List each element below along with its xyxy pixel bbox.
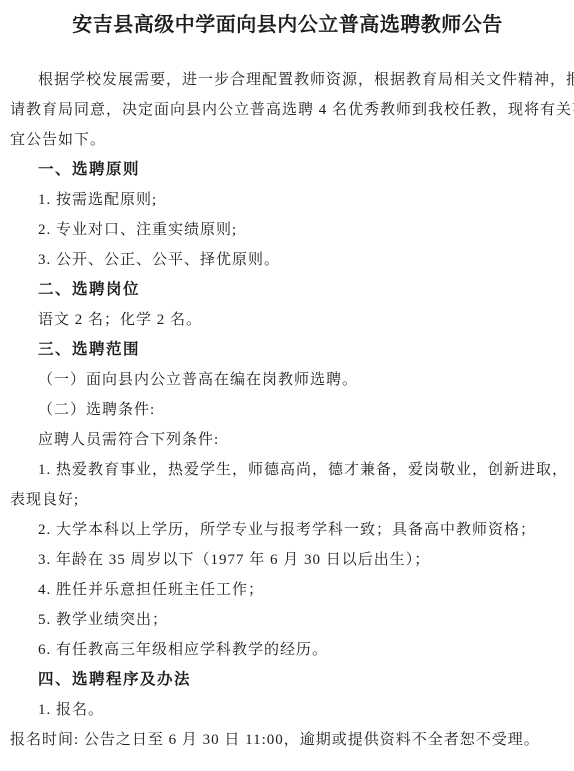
list-item-continuation: 表现良好; [10, 485, 565, 515]
section-heading-4: 四、选聘程序及办法 [10, 665, 565, 695]
document-page: 安吉县高级中学面向县内公立普高选聘教师公告 根据学校发展需要，进一步合理配置教师… [0, 0, 574, 771]
document-title: 安吉县高级中学面向县内公立普高选聘教师公告 [10, 10, 565, 40]
paragraph-line: 宜公告如下。 [10, 125, 565, 155]
paragraph-line: 请教育局同意，决定面向县内公立普高选聘 4 名优秀教师到我校任教，现将有关事 [10, 95, 565, 125]
paragraph-line: 根据学校发展需要，进一步合理配置教师资源，根据教育局相关文件精神，报 [10, 65, 565, 95]
list-item: 6. 有任教高三年级相应学科教学的经历。 [10, 635, 565, 665]
list-item: 2. 专业对口、注重实绩原则; [10, 215, 565, 245]
section-heading-2: 二、选聘岗位 [10, 275, 565, 305]
section-heading-1: 一、选聘原则 [10, 155, 565, 185]
list-item: 5. 教学业绩突出； [10, 605, 565, 635]
list-item: 2. 大学本科以上学历，所学专业与报考学科一致；具备高中教师资格； [10, 515, 565, 545]
paragraph-line: 应聘人员需符合下列条件: [10, 425, 565, 455]
list-item: 1. 报名。 [10, 695, 565, 725]
paragraph-line: （二）选聘条件: [10, 395, 565, 425]
list-item: 4. 胜任并乐意担任班主任工作； [10, 575, 565, 605]
section-heading-3: 三、选聘范围 [10, 335, 565, 365]
paragraph-line: 语文 2 名；化学 2 名。 [10, 305, 565, 335]
list-item: 1. 按需选配原则; [10, 185, 565, 215]
list-item: 1. 热爱教育事业，热爱学生，师德高尚，德才兼备，爱岗敬业，创新进取， [10, 455, 565, 485]
paragraph-line: 报名时间: 公告之日至 6 月 30 日 11:00，逾期或提供资料不全者恕不受… [10, 725, 565, 755]
list-item: 3. 公开、公正、公平、择优原则。 [10, 245, 565, 275]
list-item: 3. 年龄在 35 周岁以下（1977 年 6 月 30 日以后出生）； [10, 545, 565, 575]
paragraph-line: （一）面向县内公立普高在编在岗教师选聘。 [10, 365, 565, 395]
